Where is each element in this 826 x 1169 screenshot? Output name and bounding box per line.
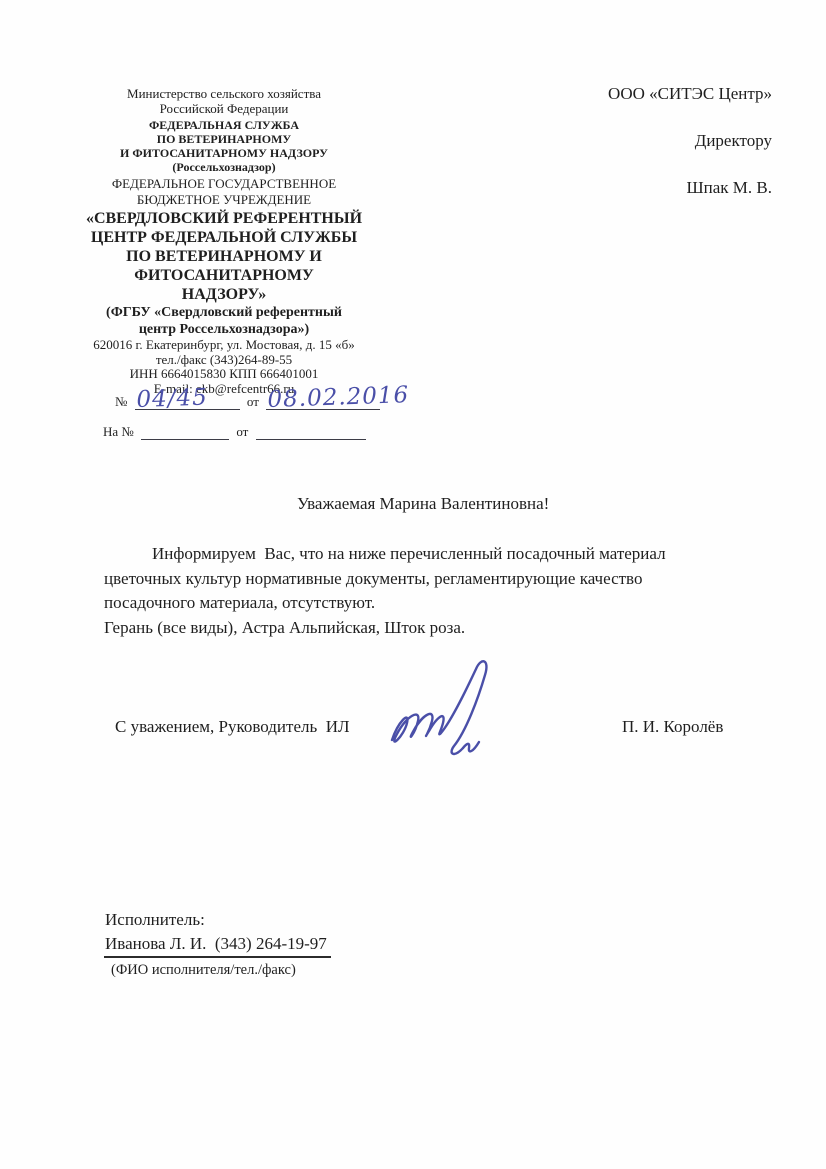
center-name-line: НАДЗОРУ» bbox=[58, 285, 390, 304]
center-name-line: ФИТОСАНИТАРНОМУ bbox=[58, 266, 390, 285]
handwritten-ref-date: 08.02.2016 bbox=[267, 382, 410, 413]
body-line: посадочного материала, отсутствуют. bbox=[104, 591, 752, 616]
executor-note: (ФИО исполнителя/тел./факс) bbox=[111, 962, 296, 979]
service-line: ФЕДЕРАЛЬНАЯ СЛУЖБА bbox=[58, 118, 390, 132]
executor-contact: Иванова Л. И. (343) 264-19-97 bbox=[104, 934, 331, 958]
inn-kpp-line: ИНН 6664015830 КПП 666401001 bbox=[58, 367, 390, 382]
ref-date-field: 08.02.2016 bbox=[266, 395, 380, 410]
institution-line: ФЕДЕРАЛЬНОЕ ГОСУДАРСТВЕННОЕ bbox=[58, 176, 390, 192]
institution-line: БЮДЖЕТНОЕ УЧРЕЖДЕНИЕ bbox=[58, 192, 390, 208]
body-line: Герань (все виды), Астра Альпийская, Што… bbox=[104, 616, 752, 641]
short-name-line: центр Россельхознадзора») bbox=[58, 321, 390, 338]
center-name-line: ПО ВЕТЕРИНАРНОМУ И bbox=[58, 247, 390, 266]
center-name-line: ЦЕНТР ФЕДЕРАЛЬНОЙ СЛУЖБЫ bbox=[58, 228, 390, 247]
body-line: цветочных культур нормативные документы,… bbox=[104, 567, 752, 592]
scanned-letter-page: Министерство сельского хозяйства Российс… bbox=[0, 0, 826, 1169]
handwritten-ref-number: 04/45 bbox=[136, 385, 208, 413]
service-line: ПО ВЕТЕРИНАРНОМУ bbox=[58, 132, 390, 146]
addressee-company: ООО «СИТЭС Центр» bbox=[540, 84, 772, 104]
signoff-title: С уважением, Руководитель ИЛ bbox=[115, 717, 350, 737]
phone-line: тел./факс (343)264-89-55 bbox=[58, 353, 390, 368]
letterhead: Министерство сельского хозяйства Российс… bbox=[58, 86, 390, 396]
reply-date-field bbox=[256, 425, 366, 440]
reply-label: На № bbox=[103, 424, 134, 439]
service-line: И ФИТОСАНИТАРНОМУ НАДЗОРУ bbox=[58, 146, 390, 160]
addressee-name: Шпак М. В. bbox=[540, 178, 772, 198]
signature-scribble-icon bbox=[378, 656, 508, 784]
ref-number-label: № bbox=[115, 394, 127, 409]
ministry-line: Российской Федерации bbox=[58, 101, 390, 116]
reply-number-field bbox=[141, 425, 229, 440]
ref-from-label: от bbox=[247, 394, 259, 409]
ref-number-field: 04/45 bbox=[135, 395, 240, 410]
letter-body: Информируем Вас, что на ниже перечисленн… bbox=[104, 542, 752, 640]
short-name-line: (ФГБУ «Свердловский референтный bbox=[58, 304, 390, 321]
service-line: (Россельхознадзор) bbox=[58, 160, 390, 174]
ministry-line: Министерство сельского хозяйства bbox=[58, 86, 390, 101]
address-line: 620016 г. Екатеринбург, ул. Мостовая, д.… bbox=[58, 338, 390, 353]
outgoing-ref-line: № 04/45 от 08.02.2016 bbox=[115, 394, 384, 410]
reply-from-label: от bbox=[236, 424, 248, 439]
addressee-block: ООО «СИТЭС Центр» Директору Шпак М. В. bbox=[540, 84, 772, 225]
addressee-position: Директору bbox=[540, 131, 772, 151]
center-name-line: «СВЕРДЛОВСКИЙ РЕФЕРЕНТНЫЙ bbox=[58, 209, 390, 228]
reply-ref-line: На № от bbox=[103, 424, 370, 440]
body-line: Информируем Вас, что на ниже перечисленн… bbox=[104, 542, 752, 567]
signoff-name: П. И. Королёв bbox=[622, 717, 723, 737]
salutation: Уважаемая Марина Валентиновна! bbox=[297, 494, 549, 514]
executor-label: Исполнитель: bbox=[105, 910, 205, 930]
